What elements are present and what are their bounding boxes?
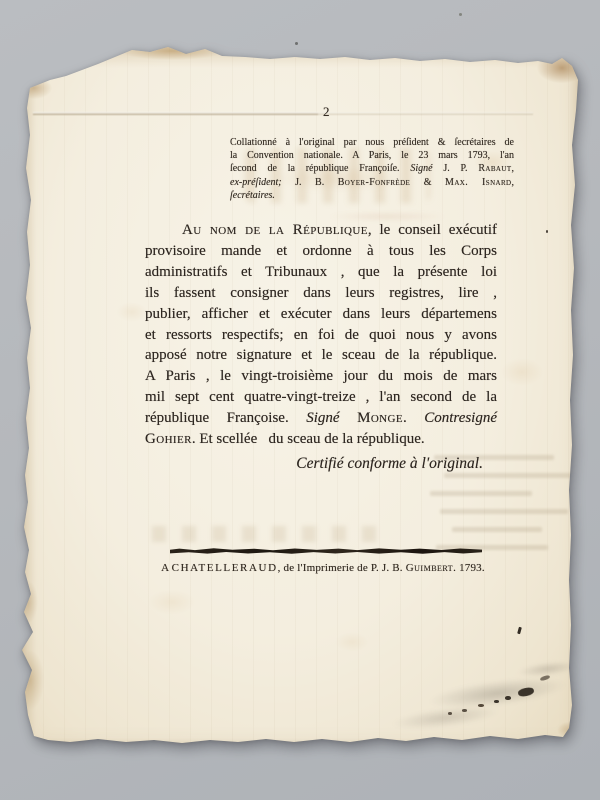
decree-paragraph: Au nom de la République, le conseil exéc… — [145, 220, 497, 450]
name-rabaut: Rabaut — [478, 163, 511, 174]
fold-crease — [33, 112, 318, 115]
imprint-printer: Guimbert — [406, 562, 453, 574]
name-gohier: Gohier — [145, 431, 192, 447]
ink-smudge — [385, 660, 580, 738]
imprint-city: CHATELLERAUD — [172, 562, 278, 574]
collation-line: Collationné à l'original par nous préſid… — [230, 136, 514, 149]
name-monge: Monge — [357, 410, 403, 426]
collation-note: Collationné à l'original par nous préſid… — [230, 136, 514, 202]
au-nom-de-la-republique: Au nom de la République — [182, 222, 368, 238]
decree-line: administratifs et Tribunaux , que la pré… — [145, 262, 497, 283]
collation-line: ſecrétaires. — [230, 189, 514, 202]
decree-line: publier, afficher et exécuter dans leurs… — [145, 304, 497, 325]
decree-line: et ressorts respectifs; en foi de quoi n… — [145, 325, 497, 346]
decree-line: apposé notre signature et le sceau de la… — [145, 345, 497, 366]
ink-speck — [546, 230, 548, 233]
decree-line: Gohier. Et scellée du sceau de la républ… — [145, 429, 497, 450]
certification-line: Certifié conforme à l'original. — [145, 455, 497, 473]
decree-line: Au nom de la République, le conseil exéc… — [145, 220, 497, 241]
decree-line: ils fassent consigner dans leurs registr… — [145, 283, 497, 304]
background-speck — [459, 13, 462, 16]
collation-line: ſecond de la république Françoiſe. Signé… — [230, 162, 514, 175]
page-number: 2 — [323, 104, 331, 120]
document-paper: 2 Collationné à l'original par nous préſ… — [22, 42, 580, 748]
photo-background: 2 Collationné à l'original par nous préſ… — [0, 0, 600, 800]
name-max-isnard: Max. Isnard — [445, 177, 511, 188]
collation-line: ex-préſident; J. B. Boyer-Fonfrède & Max… — [230, 176, 514, 189]
decree-line: A Paris , le vingt-troisième jour du moi… — [145, 366, 497, 387]
decree-line: république Françoise. Signé Monge. Contr… — [145, 408, 497, 429]
paper-shadow-wrapper: 2 Collationné à l'original par nous préſ… — [22, 42, 580, 748]
imprint-line: A CHATELLERAUD, de l'Imprimerie de P. J.… — [145, 562, 501, 574]
collation-line: la Convention nationale. A Paris, le 23 … — [230, 149, 514, 162]
decree-line: mil sept cent quatre-vingt-treize , l'an… — [145, 387, 497, 408]
decree-line: provisoire mande et ordonne à tous les C… — [145, 241, 497, 262]
name-boyer-fonfrede: Boyer-Fonfrède — [338, 177, 411, 188]
smudge-smear — [381, 648, 584, 749]
